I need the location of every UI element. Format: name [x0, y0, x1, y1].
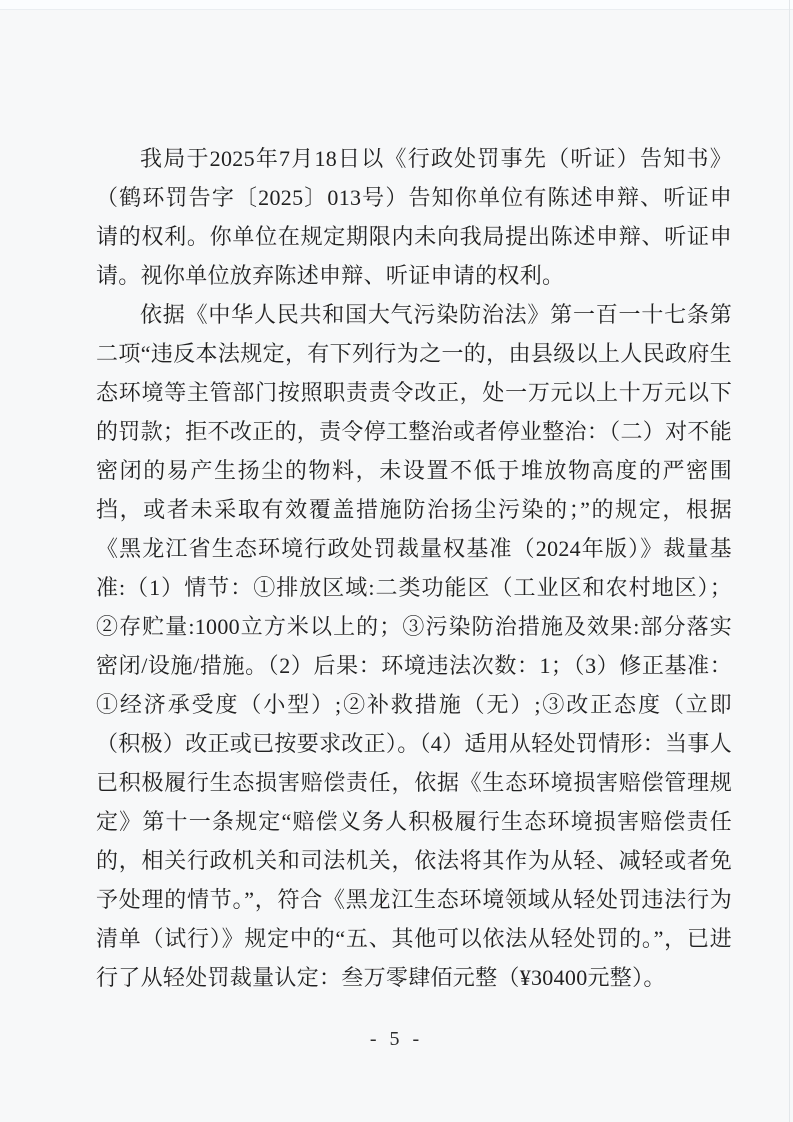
page-number: - 5 - — [0, 1028, 793, 1051]
paragraph-legal-basis-and-penalty: 依据《中华人民共和国大气污染防治法》第一百一十七条第二项“违反本法规定，有下列行… — [96, 295, 732, 997]
scan-top-edge — [0, 0, 793, 10]
scan-right-edge — [789, 0, 790, 1122]
paragraph-hearing-notice: 我局于2025年7月18日以《行政处罚事先（听证）告知书》（鹤环罚告字〔2025… — [96, 139, 732, 295]
document-page: 我局于2025年7月18日以《行政处罚事先（听证）告知书》（鹤环罚告字〔2025… — [0, 0, 793, 1122]
document-body: 我局于2025年7月18日以《行政处罚事先（听证）告知书》（鹤环罚告字〔2025… — [96, 139, 732, 997]
